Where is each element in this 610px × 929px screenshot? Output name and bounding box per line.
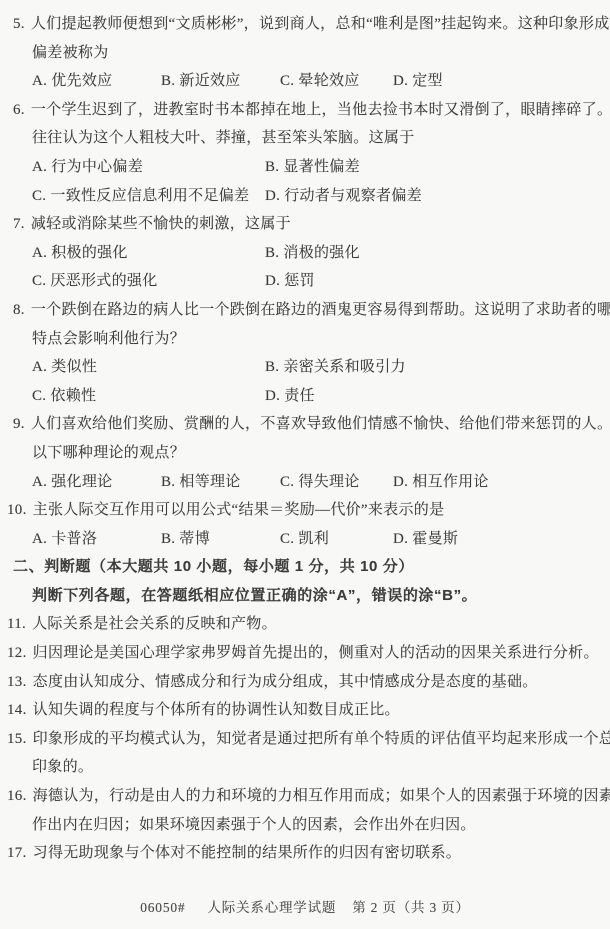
option-c: C. 凯利: [280, 525, 393, 554]
question-text: 人们喜欢给他们奖励、赏酬的人，不喜欢导致他们情感不愉快、给他们带来惩罚的人。这是: [31, 416, 610, 432]
question-number: 13.: [7, 674, 27, 690]
section-2: 二、判断题（本大题共 10 小题，每小题 1 分，共 10 分） 判断下列各题，…: [13, 553, 598, 868]
question-text: 人们提起教师便想到“文质彬彬”，说到商人，总和“唯利是图”挂起钩来。这种印象形成…: [31, 16, 610, 32]
option-a: A. 强化理论: [32, 468, 161, 497]
question-8-line-2: 特点会影响利他行为？: [13, 325, 598, 354]
exam-body: 5.人们提起教师便想到“文质彬彬”，说到商人，总和“唯利是图”挂起钩来。这种印象…: [0, 0, 610, 868]
question-number: 17.: [7, 845, 27, 861]
question-7-line-1: 7.减轻或消除某些不愉快的刺激，这属于: [13, 210, 598, 239]
question-9-line-1: 9.人们喜欢给他们奖励、赏酬的人，不喜欢导致他们情感不愉快、给他们带来惩罚的人。…: [13, 410, 598, 439]
option-b: B. 显著性偏差: [265, 153, 598, 182]
question-text: 特点会影响利他行为？: [32, 331, 185, 347]
question-6-options-row-1: A. 行为中心偏差 B. 显著性偏差: [13, 153, 598, 182]
page-indicator: 第 2 页（共 3 页）: [352, 900, 470, 915]
statement-text: 海德认为，行动是由人的力和环境的力相互作用而成；如果个人的因素强于环境的因素，会: [33, 788, 610, 804]
section-2-instruction: 判断下列各题，在答题纸相应位置正确的涂“A”，错误的涂“B”。: [13, 582, 598, 611]
option-d: D. 定型: [393, 67, 598, 96]
question-text: 往往认为这个人粗枝大叶、莽撞，甚至笨头笨脑。这属于: [32, 130, 415, 146]
question-5-line-1: 5.人们提起教师便想到“文质彬彬”，说到商人，总和“唯利是图”挂起钩来。这种印象…: [13, 10, 598, 39]
question-8-line-1: 8.一个跌倒在路边的病人比一个跌倒在路边的酒鬼更容易得到帮助。这说明了求助者的哪…: [13, 296, 598, 325]
question-10-line-1: 10.主张人际交互作用可以用公式“结果＝奖励—代价”来表示的是: [7, 496, 598, 525]
question-number: 8.: [13, 302, 25, 318]
question-text: 以下哪种理论的观点？: [32, 445, 185, 461]
option-d: D. 责任: [265, 382, 598, 411]
option-b: B. 消极的强化: [265, 239, 598, 268]
statement-11: 11.人际关系是社会关系的反映和产物。: [7, 610, 598, 639]
question-5: 5.人们提起教师便想到“文质彬彬”，说到商人，总和“唯利是图”挂起钩来。这种印象…: [13, 10, 598, 96]
question-number: 7.: [13, 216, 25, 232]
option-a: A. 优先效应: [32, 67, 161, 96]
option-d: D. 惩罚: [265, 267, 598, 296]
question-7: 7.减轻或消除某些不愉快的刺激，这属于 A. 积极的强化 B. 消极的强化 C.…: [13, 210, 598, 296]
question-7-options-row-2: C. 厌恶形式的强化 D. 惩罚: [13, 267, 598, 296]
question-text: 减轻或消除某些不愉快的刺激，这属于: [31, 216, 291, 232]
statement-13: 13.态度由认知成分、情感成分和行为成分组成，其中情感成分是态度的基础。: [7, 668, 598, 697]
question-5-line-2: 偏差被称为: [13, 39, 598, 68]
option-b: B. 相等理论: [161, 468, 280, 497]
question-9-line-2: 以下哪种理论的观点？: [13, 439, 598, 468]
section-2-heading: 二、判断题（本大题共 10 小题，每小题 1 分，共 10 分）: [13, 553, 598, 582]
exam-page: 5.人们提起教师便想到“文质彬彬”，说到商人，总和“唯利是图”挂起钩来。这种印象…: [0, 0, 610, 929]
statement-16-line-2: 作出内在归因；如果环境因素强于个人的因素，会作出外在归因。: [13, 811, 598, 840]
question-8-options-row-2: C. 依赖性 D. 责任: [13, 382, 598, 411]
question-number: 11.: [7, 616, 26, 632]
question-number: 15.: [7, 731, 27, 747]
option-a: A. 行为中心偏差: [32, 153, 265, 182]
statement-text: 认知失调的程度与个体所有的协调性认知数目成正比。: [33, 702, 400, 718]
option-c: C. 厌恶形式的强化: [32, 267, 265, 296]
question-8-options-row-1: A. 类似性 B. 亲密关系和吸引力: [13, 353, 598, 382]
question-8: 8.一个跌倒在路边的病人比一个跌倒在路边的酒鬼更容易得到帮助。这说明了求助者的哪…: [13, 296, 598, 410]
statement-17: 17.习得无助现象与个体对不能控制的结果所作的归因有密切联系。: [7, 839, 598, 868]
option-c: C. 得失理论: [280, 468, 393, 497]
question-10-options: A. 卡普洛 B. 蒂博 C. 凯利 D. 霍曼斯: [13, 525, 598, 554]
option-b: B. 蒂博: [161, 525, 280, 554]
page-footer: 06050#人际关系心理学试题第 2 页（共 3 页）: [0, 896, 610, 916]
question-text: 一个跌倒在路边的病人比一个跌倒在路边的酒鬼更容易得到帮助。这说明了求助者的哪个: [31, 302, 610, 318]
question-9-options: A. 强化理论 B. 相等理论 C. 得失理论 D. 相互作用论: [13, 468, 598, 497]
statement-text: 态度由认知成分、情感成分和行为成分组成，其中情感成分是态度的基础。: [33, 674, 538, 690]
statement-16-line-1: 16.海德认为，行动是由人的力和环境的力相互作用而成；如果个人的因素强于环境的因…: [7, 782, 598, 811]
question-10: 10.主张人际交互作用可以用公式“结果＝奖励—代价”来表示的是 A. 卡普洛 B…: [13, 496, 598, 553]
statement-text: 作出内在归因；如果环境因素强于个人的因素，会作出外在归因。: [32, 817, 476, 833]
question-text: 一个学生迟到了，进教室时书本都掉在地上，当他去捡书本时又滑倒了，眼睛摔碎了。人们: [31, 102, 610, 118]
question-number: 10.: [7, 502, 27, 518]
statement-text: 归因理论是美国心理学家弗罗姆首先提出的，侧重对人的活动的因果关系进行分析。: [33, 645, 599, 661]
question-text: 偏差被称为: [32, 45, 109, 61]
question-5-options: A. 优先效应 B. 新近效应 C. 晕轮效应 D. 定型: [13, 67, 598, 96]
statement-text: 人际关系是社会关系的反映和产物。: [32, 616, 277, 632]
statement-12: 12.归因理论是美国心理学家弗罗姆首先提出的，侧重对人的活动的因果关系进行分析。: [7, 639, 598, 668]
question-number: 5.: [13, 16, 25, 32]
option-d: D. 霍曼斯: [393, 525, 598, 554]
option-d: D. 行动者与观察者偏差: [265, 182, 598, 211]
statement-text: 印象的。: [32, 759, 93, 775]
exam-title: 人际关系心理学试题: [208, 900, 337, 915]
question-6-line-1: 6.一个学生迟到了，进教室时书本都掉在地上，当他去捡书本时又滑倒了，眼睛摔碎了。…: [13, 96, 598, 125]
question-number: 16.: [7, 788, 27, 804]
statement-14: 14.认知失调的程度与个体所有的协调性认知数目成正比。: [7, 696, 598, 725]
question-number: 12.: [7, 645, 27, 661]
option-c: C. 晕轮效应: [280, 67, 393, 96]
option-c: C. 一致性反应信息利用不足偏差: [32, 182, 265, 211]
question-6: 6.一个学生迟到了，进教室时书本都掉在地上，当他去捡书本时又滑倒了，眼睛摔碎了。…: [13, 96, 598, 210]
exam-code: 06050#: [140, 900, 185, 915]
option-a: A. 卡普洛: [32, 525, 161, 554]
question-6-options-row-2: C. 一致性反应信息利用不足偏差 D. 行动者与观察者偏差: [13, 182, 598, 211]
question-6-line-2: 往往认为这个人粗枝大叶、莽撞，甚至笨头笨脑。这属于: [13, 124, 598, 153]
question-text: 主张人际交互作用可以用公式“结果＝奖励—代价”来表示的是: [33, 502, 445, 518]
question-number: 14.: [7, 702, 27, 718]
question-number: 9.: [13, 416, 25, 432]
question-9: 9.人们喜欢给他们奖励、赏酬的人，不喜欢导致他们情感不愉快、给他们带来惩罚的人。…: [13, 410, 598, 496]
option-a: A. 积极的强化: [32, 239, 265, 268]
option-d: D. 相互作用论: [393, 468, 598, 497]
statement-15-line-1: 15.印象形成的平均模式认为，知觉者是通过把所有单个特质的评估值平均起来形成一个…: [7, 725, 598, 754]
question-number: 6.: [13, 102, 25, 118]
option-a: A. 类似性: [32, 353, 265, 382]
statement-text: 印象形成的平均模式认为，知觉者是通过把所有单个特质的评估值平均起来形成一个总的: [33, 731, 610, 747]
question-7-options-row-1: A. 积极的强化 B. 消极的强化: [13, 239, 598, 268]
statement-15-line-2: 印象的。: [13, 753, 598, 782]
option-b: B. 亲密关系和吸引力: [265, 353, 598, 382]
statement-text: 习得无助现象与个体对不能控制的结果所作的归因有密切联系。: [33, 845, 461, 861]
option-c: C. 依赖性: [32, 382, 265, 411]
option-b: B. 新近效应: [161, 67, 280, 96]
